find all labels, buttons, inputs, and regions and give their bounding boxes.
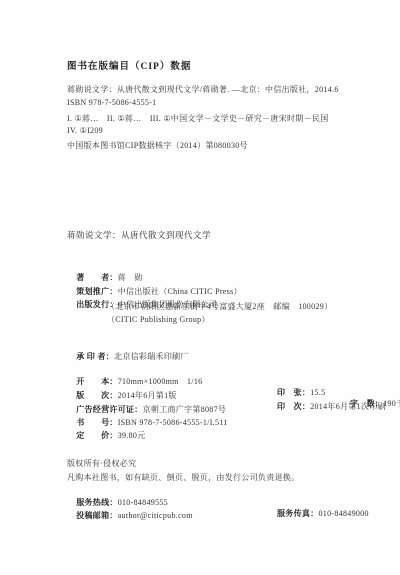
- service-fax-label: 服务传真：: [277, 509, 319, 518]
- cip-classification-line-2: IV. ①I209: [67, 125, 103, 136]
- service-fax-item: 服务传真：010-84849000: [277, 508, 369, 519]
- book-title: 蒋勋说文学：从唐代散文到现代文学: [67, 230, 211, 241]
- impression-value: 2014年6月第1次印刷: [310, 402, 386, 411]
- impression-item: 印 次：2014年6月第1次印刷: [277, 401, 386, 412]
- sheets-item: 印 张：15.5: [277, 387, 325, 398]
- cip-header: 图书在版编目（CIP）数据: [67, 62, 191, 73]
- price-value: 39.80元: [118, 431, 146, 440]
- service-fax-value: 010-84849000: [319, 509, 369, 518]
- submission-email-value: author@citicpub.com: [118, 511, 193, 520]
- printer-value: 北京信彩瑞禾印刷厂: [114, 352, 189, 361]
- publisher-english-name: （CITIC Publishing Group）: [107, 314, 210, 325]
- impression-label: 印 次：: [277, 402, 310, 411]
- price-label: 定 价：: [76, 431, 118, 440]
- copyright-notice: 版权所有·侵权必究: [67, 458, 136, 469]
- submission-email-row: 投稿邮箱：author@citicpub.com: [67, 499, 193, 532]
- price-row: 定 价：39.80元: [67, 419, 146, 452]
- printer-label: 承 印 者：: [76, 352, 114, 361]
- cip-classification-line: I. ①蒋… II. ①蒋… III. ①中国文学－文学史－研究－唐宋时期－民国: [67, 113, 329, 124]
- colophon-page: 图书在版编目（CIP）数据 蒋勋说文学：从唐代散文到现代文学/蒋勋著. —北京：…: [0, 0, 400, 575]
- return-policy: 凡购本社图书，如有缺页、倒页、脱页，由发行公司负责退换。: [67, 472, 299, 483]
- sheets-label: 印 张：: [277, 388, 310, 397]
- cip-isbn-line: ISBN 978-7-5086-4555-1: [67, 97, 156, 108]
- sheets-value: 15.5: [310, 388, 325, 397]
- submission-email-label: 投稿邮箱：: [76, 511, 118, 520]
- publisher-address: （北京市朝阳区惠新东街甲4号富盛大厦2座 邮编 100029）: [107, 301, 332, 312]
- cip-record-number: 中国版本图书馆CIP数据核字（2014）第080030号: [67, 140, 248, 151]
- cip-entry-line: 蒋勋说文学：从唐代散文到现代文学/蒋勋著. —北京：中信出版社，2014.6: [67, 84, 339, 95]
